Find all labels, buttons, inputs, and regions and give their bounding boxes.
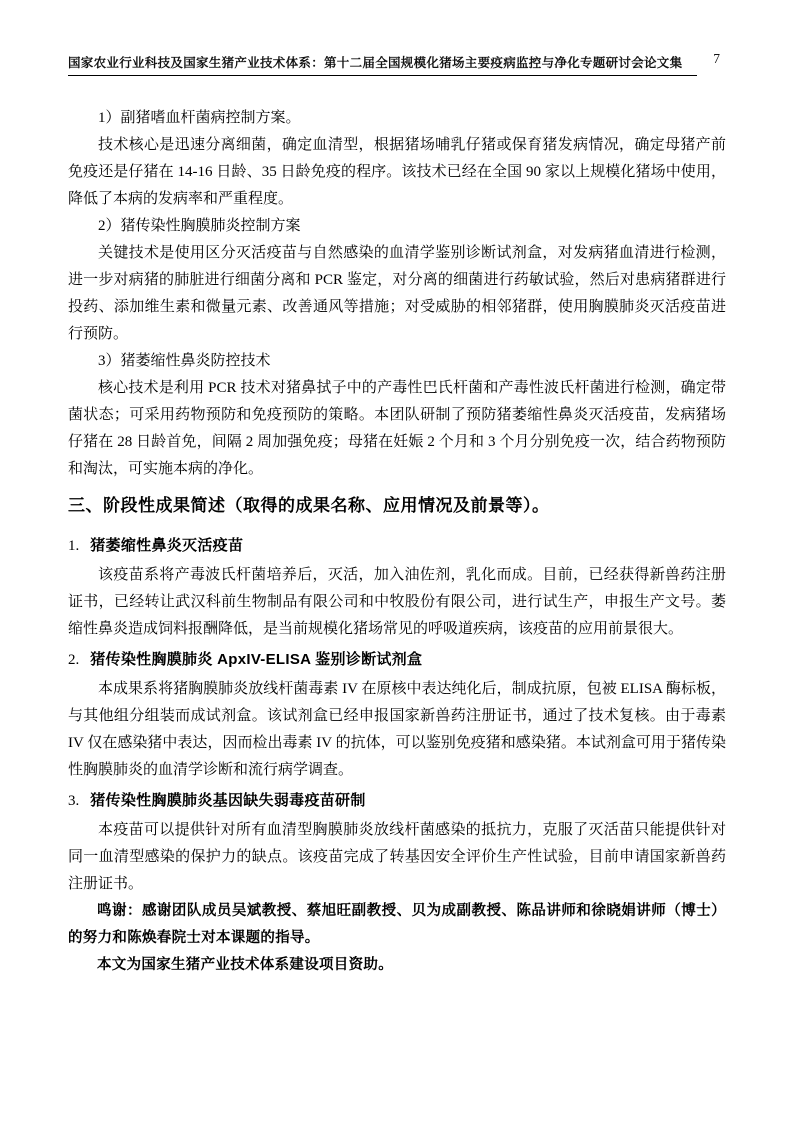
control-plan-1-title: 1）副猪嗜血杆菌病控制方案。 [68,105,726,132]
control-plan-2-text: 关键技术是使用区分灭活疫苗与自然感染的血清学鉴别诊断试剂盒，对发病猪血清进行检测… [68,240,726,348]
header-rule [68,75,697,76]
result-item-2-title: 2.猪传染性胸膜肺炎 ApxIV-ELISA 鉴别诊断试剂盒 [68,647,726,673]
result-item-1-number: 1. [68,538,79,554]
page-content: 国家农业行业科技及国家生猪产业技术体系：第十二届全国规模化猪场主要疫病监控与净化… [68,48,726,979]
control-plan-3-text: 核心技术是利用 PCR 技术对猪鼻拭子中的产毒性巴氏杆菌和产毒性波氏杆菌进行检测… [68,375,726,483]
result-item-2-text: 本成果系将猪胸膜肺炎放线杆菌毒素 IV 在原核中表达纯化后，制成抗原，包被 EL… [68,676,726,784]
result-item-1: 1.猪萎缩性鼻炎灭活疫苗 该疫苗系将产毒波氏杆菌培养后，灭活，加入油佐剂，乳化而… [68,533,726,643]
document-page: 国家农业行业科技及国家生猪产业技术体系：第十二届全国规模化猪场主要疫病监控与净化… [0,0,793,1122]
result-item-3: 3.猪传染性胸膜肺炎基因缺失弱毒疫苗研制 本疫苗可以提供针对所有血清型胸膜肺炎放… [68,788,726,898]
result-item-1-text: 该疫苗系将产毒波氏杆菌培养后，灭活，加入油佐剂，乳化而成。目前，已经获得新兽药注… [68,562,726,643]
page-number: 7 [713,51,720,67]
result-item-3-text: 本疫苗可以提供针对所有血清型胸膜肺炎放线杆菌感染的抵抗力，克服了灭活苗只能提供针… [68,817,726,898]
control-plan-2-title: 2）猪传染性胸膜肺炎控制方案 [68,213,726,240]
document-body: 1）副猪嗜血杆菌病控制方案。 技术核心是迅速分离细菌，确定血清型，根据猪场哺乳仔… [68,105,726,979]
result-item-2-number: 2. [68,652,79,668]
acknowledgement: 鸣谢：感谢团队成员吴斌教授、蔡旭旺副教授、贝为成副教授、陈品讲师和徐晓娟讲师（博… [68,898,726,952]
result-item-1-title: 1.猪萎缩性鼻炎灭活疫苗 [68,533,726,559]
control-plan-1-text: 技术核心是迅速分离细菌，确定血清型，根据猪场哺乳仔猪或保育猪发病情况，确定母猪产… [68,132,726,213]
result-item-2-name: 猪传染性胸膜肺炎 ApxIV-ELISA 鉴别诊断试剂盒 [90,651,422,668]
page-header: 国家农业行业科技及国家生猪产业技术体系：第十二届全国规模化猪场主要疫病监控与净化… [68,48,726,76]
result-item-2: 2.猪传染性胸膜肺炎 ApxIV-ELISA 鉴别诊断试剂盒 本成果系将猪胸膜肺… [68,647,726,784]
control-plan-3-title: 3）猪萎缩性鼻炎防控技术 [68,348,726,375]
result-item-3-name: 猪传染性胸膜肺炎基因缺失弱毒疫苗研制 [90,792,365,809]
funding-note: 本文为国家生猪产业技术体系建设项目资助。 [68,952,726,979]
header-title: 国家农业行业科技及国家生猪产业技术体系：第十二届全国规模化猪场主要疫病监控与净化… [68,53,682,71]
result-item-1-name: 猪萎缩性鼻炎灭活疫苗 [90,537,243,554]
section-heading: 三、阶段性成果简述（取得的成果名称、应用情况及前景等）。 [68,494,726,518]
result-item-3-title: 3.猪传染性胸膜肺炎基因缺失弱毒疫苗研制 [68,788,726,814]
result-item-3-number: 3. [68,793,79,809]
